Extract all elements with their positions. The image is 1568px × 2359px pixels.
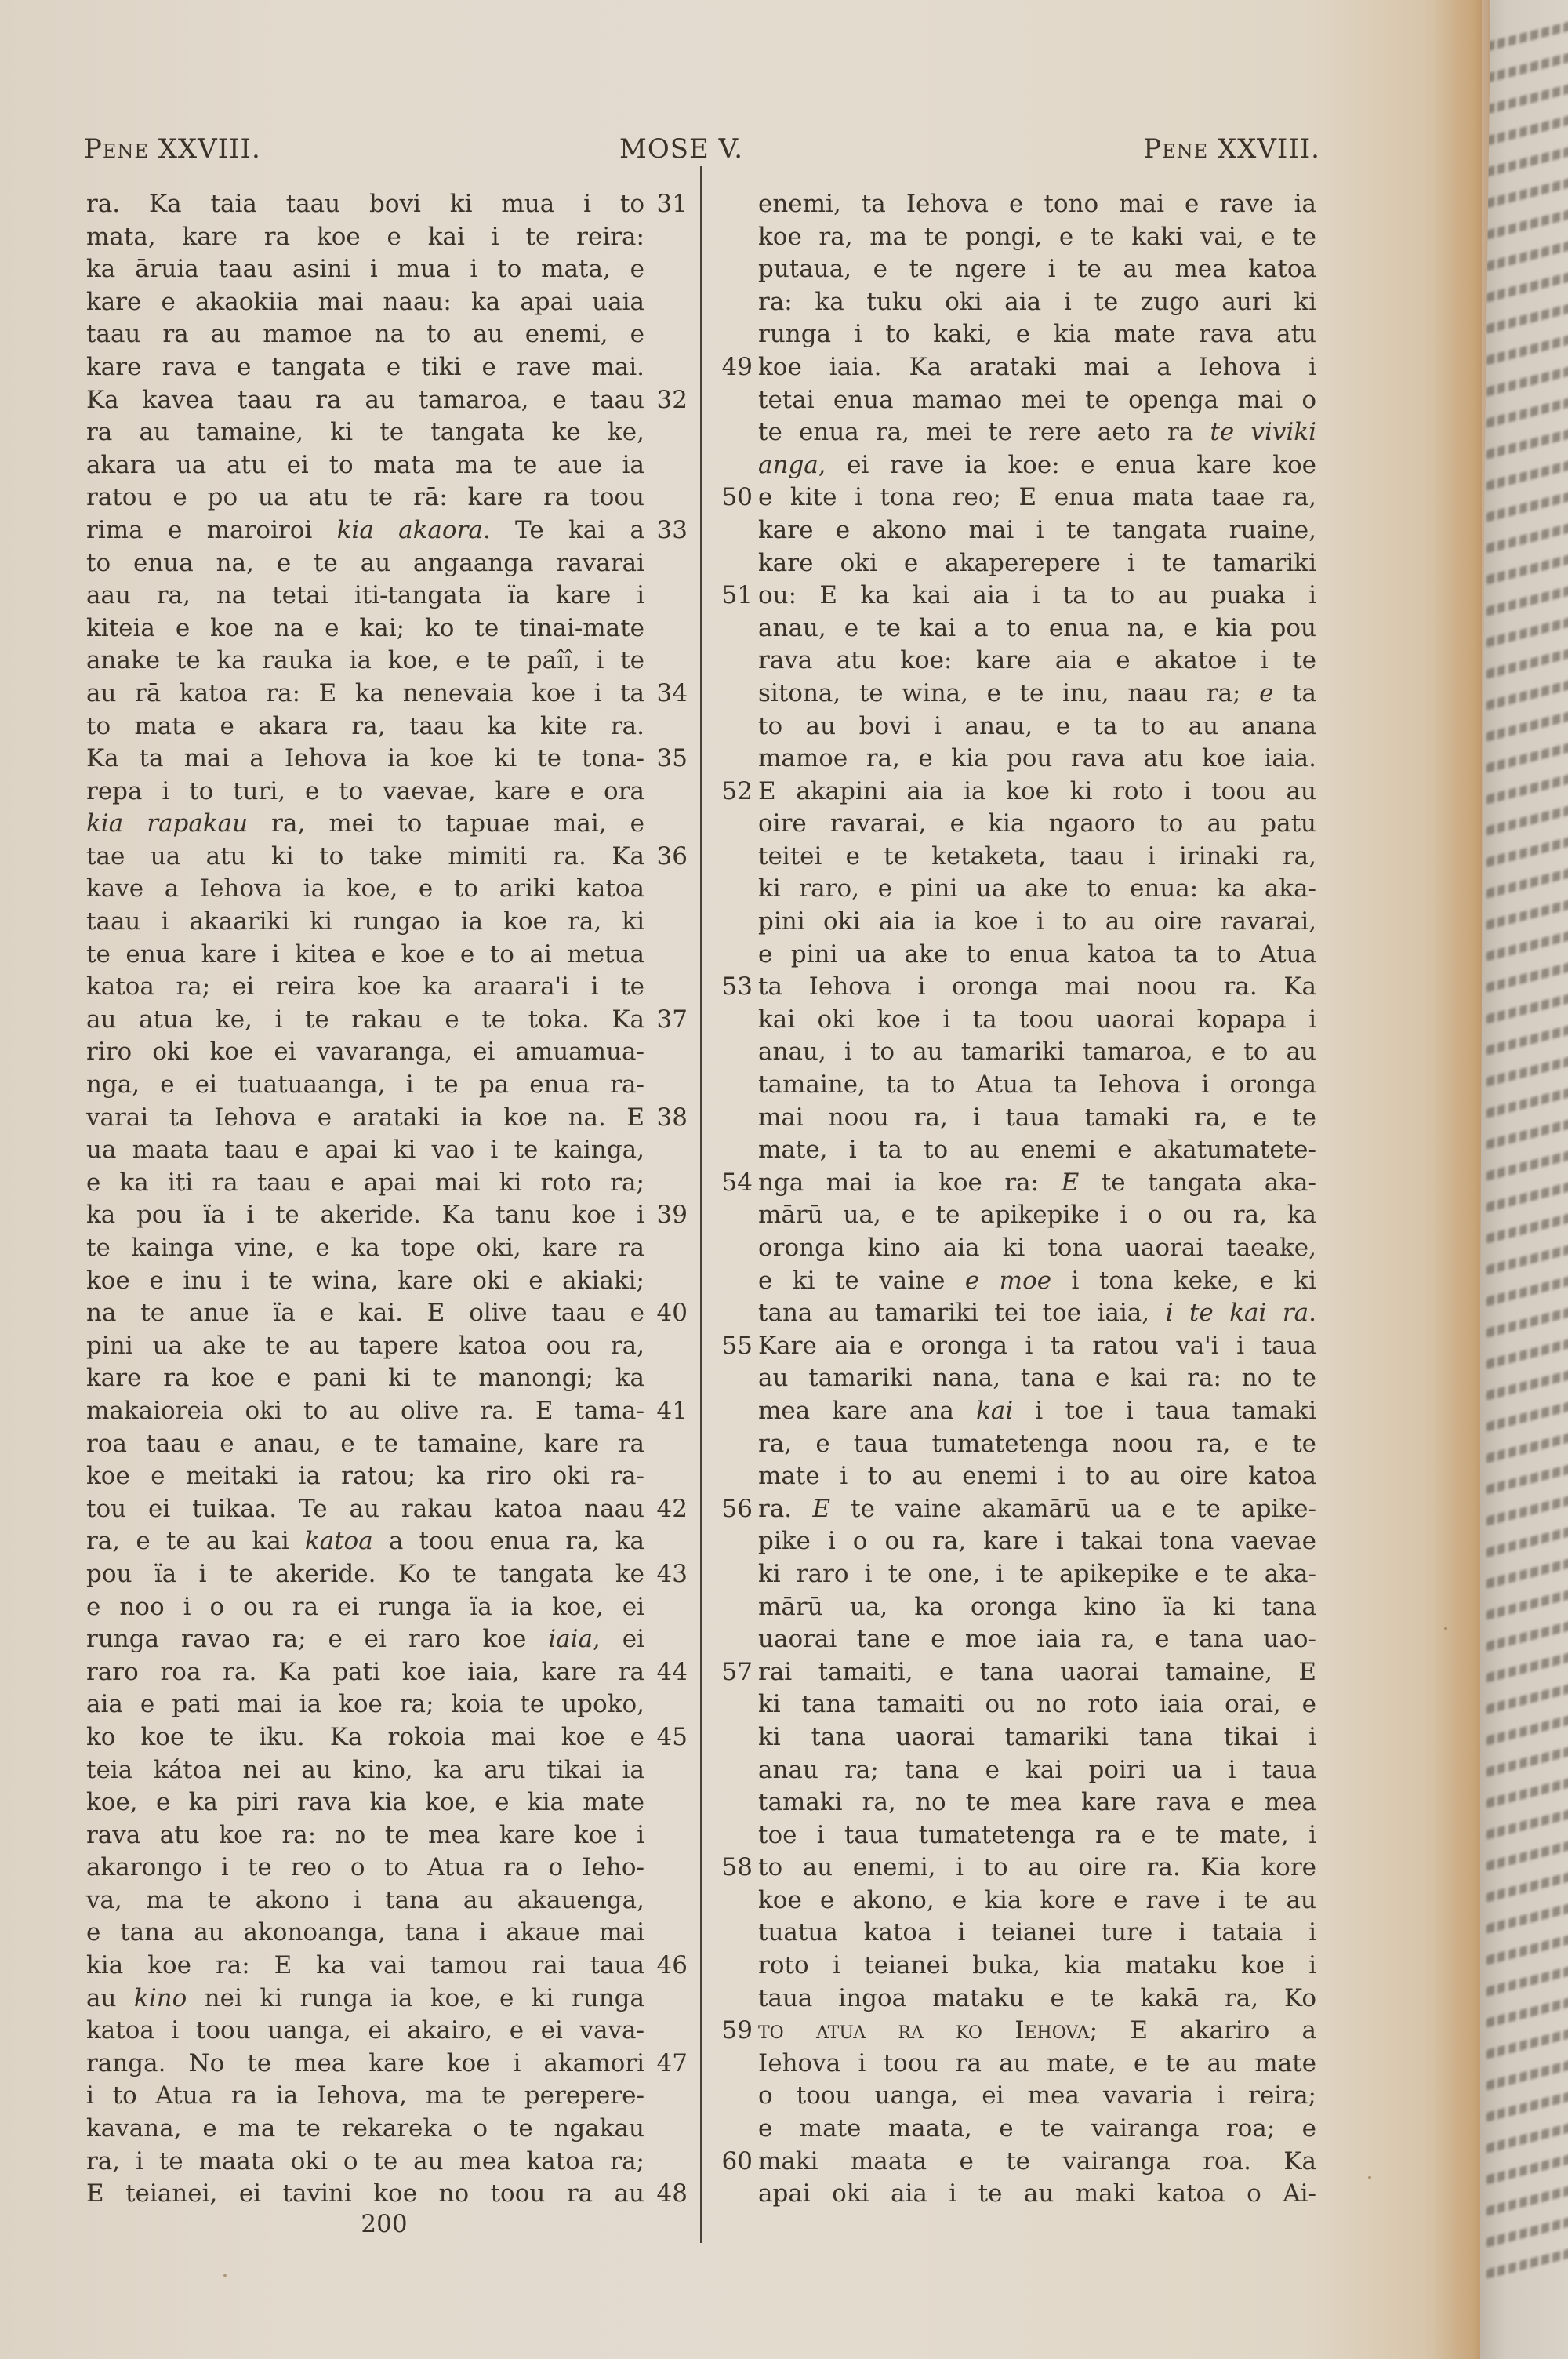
line-text: putaua, e te ngere i te au mea katoa [758, 253, 1316, 286]
verse-number: 34 [652, 678, 688, 711]
blurred-line [1486, 1307, 1568, 1337]
line-text: roto i teianei buka, kia mataku koe i [758, 1950, 1316, 1983]
text-line: teitei e te ketaketa, taau i irinaki ra, [710, 841, 1321, 874]
blurred-line [1486, 2154, 1568, 2184]
column-divider [700, 166, 702, 2243]
line-text: aau ra, na tetai iti-tangata ïa kare i [86, 580, 644, 612]
blurred-line [1486, 1808, 1568, 1839]
line-text: te enua kare i kitea e koe e to ai metua [86, 939, 644, 972]
line-text: mate i to au enemi i to au oire katoa [758, 1460, 1316, 1493]
text-line: 53ta Iehova i oronga mai noou ra. Ka [710, 971, 1321, 1004]
line-text: runga i to kaki, e kia mate rava atu [758, 318, 1316, 351]
verse-number: 32 [652, 384, 688, 417]
text-line: pike i o ou ra, kare i takai tona vaevae [710, 1525, 1321, 1558]
text-line: taau i akaariki ki rungao ia koe ra, ki [86, 906, 682, 939]
line-text: akara ua atu ei to mata ma te aue ia [86, 449, 644, 482]
blurred-line [1486, 365, 1568, 396]
line-text: E akapini aia ia koe ki roto i toou au [758, 776, 1316, 809]
verse-number: 46 [652, 1950, 688, 1983]
blurred-line [1486, 930, 1568, 961]
text-line: kare e akaokiia mai naau: ka apai uaia [86, 286, 682, 319]
book-title: MOSE V. [619, 133, 743, 165]
line-text: sitona, te wina, e te inu, naau ra; e ta [758, 678, 1316, 711]
blurred-line [1486, 2028, 1568, 2059]
text-line: rava atu koe ra: no te mea kare koe i [86, 1819, 682, 1852]
line-text: ra, e taua tumatetenga noou ra, e te [758, 1428, 1316, 1461]
line-text: anau, i to au tamariki tamaroa, e to au [758, 1036, 1316, 1069]
line-text: tae ua atu ki to take mimiti ra. Ka [86, 841, 644, 874]
blurred-line [1486, 2216, 1568, 2247]
blurred-line [1486, 1401, 1568, 1431]
verse-number: 56 [710, 1493, 753, 1526]
text-line: oronga kino aia ki tona uaorai taeake, [710, 1232, 1321, 1265]
text-line: tamaine, ta to Atua ta Iehova i oronga [710, 1069, 1321, 1102]
line-text: oronga kino aia ki tona uaorai taeake, [758, 1232, 1316, 1265]
text-line: nga, e ei tuatuaanga, i te pa enua ra- [86, 1069, 682, 1102]
text-line: 59to atua ra ko Iehova; E akariro a [710, 2015, 1321, 2048]
text-line: 50e kite i tona reo; E enua mata taae ra… [710, 482, 1321, 514]
text-line: aia e pati mai ia koe ra; koia te upoko, [86, 1688, 682, 1721]
line-text: to au bovi i anau, e ta to au anana [758, 711, 1316, 743]
line-text: pike i o ou ra, kare i takai tona vaevae [758, 1525, 1316, 1558]
verse-number: 50 [710, 482, 753, 514]
blurred-line [1486, 1746, 1568, 1776]
text-line: aau ra, na tetai iti-tangata ïa kare i [86, 580, 682, 612]
text-line: koe, e ka piri rava kia koe, e kia mate [86, 1787, 682, 1819]
line-text: mate, i ta to au enemi e akatumatete- [758, 1134, 1316, 1167]
line-text: mārū ua, ka oronga kino ïa ki tana [758, 1591, 1316, 1624]
text-line: anau ra; tana e kai poiri ua i taua [710, 1754, 1321, 1787]
verse-number: 35 [652, 743, 688, 776]
text-line: kave a Iehova ia koe, e to ariki katoa [86, 873, 682, 906]
text-line: ki raro, e pini ua ake to enua: ka aka- [710, 873, 1321, 906]
text-line: riro oki koe ei vavaranga, ei amuamua- [86, 1036, 682, 1069]
text-line: 51ou: E ka kai aia i ta to au puaka i [710, 580, 1321, 612]
verse-number: 41 [652, 1395, 688, 1428]
text-line: tae ua atu ki to take mimiti ra. Ka36 [86, 841, 682, 874]
text-line: tou ei tuikaa. Te au rakau katoa naau42 [86, 1493, 682, 1526]
blurred-line [1486, 1244, 1568, 1274]
blurred-line [1486, 491, 1568, 522]
line-text: taau ra au mamoe na to au enemi, e [86, 318, 644, 351]
line-text: tamaine, ta to Atua ta Iehova i oronga [758, 1069, 1316, 1102]
verse-number: 39 [652, 1199, 688, 1232]
line-text: tou ei tuikaa. Te au rakau katoa naau [86, 1493, 644, 1526]
line-text: pini ua ake te au tapere katoa oou ra, [86, 1330, 644, 1363]
blurred-line [1486, 1087, 1568, 1118]
line-text: Ka kavea taau ra au tamaroa, e taau [86, 384, 644, 417]
text-line: apai oki aia i te au maki katoa o Ai- [710, 2178, 1321, 2211]
paper-speck [1368, 2176, 1371, 2179]
line-text: mea kare ana kai i toe i taua tamaki [758, 1395, 1316, 1428]
verse-number: 37 [652, 1004, 688, 1037]
blurred-line [1486, 1965, 1568, 1996]
blurred-line [1486, 961, 1568, 992]
verse-number: 44 [652, 1656, 688, 1689]
line-text: anake te ka rauka ia koe, e te paîî, i t… [86, 645, 644, 678]
line-text: to enua na, e te au angaanga ravarai [86, 547, 644, 580]
blurred-line [1486, 1840, 1568, 1870]
line-text: koe e inu i te wina, kare oki e akiaki; [86, 1265, 644, 1298]
verse-number: 53 [710, 971, 753, 1004]
line-text: ratou e po ua atu te rā: kare ra toou [86, 482, 644, 514]
text-line: au atua ke, i te rakau e te toka. Ka37 [86, 1004, 682, 1037]
text-line: ka pou ïa i te akeride. Ka tanu koe i39 [86, 1199, 682, 1232]
line-text: au kino nei ki runga ia koe, e ki runga [86, 1983, 644, 2016]
text-line: ra, i te maata oki o te au mea katoa ra; [86, 2146, 682, 2179]
blurred-line [1486, 1118, 1568, 1149]
text-line: rima e maroiroi kia akaora. Te kai a33 [86, 514, 682, 547]
text-line: au kino nei ki runga ia koe, e ki runga [86, 1983, 682, 2016]
line-text: to mata e akara ra, taau ka kite ra. [86, 711, 644, 743]
running-head-right: Pene XXVIII. [1113, 133, 1320, 165]
line-text: Kare aia e oronga i ta ratou va'i i taua [758, 1330, 1316, 1363]
text-line: tamaki ra, no te mea kare rava e mea [710, 1787, 1321, 1819]
text-line: taua ingoa mataku e te kakā ra, Ko [710, 1983, 1321, 2016]
line-text: tuatua katoa i teianei ture i tataia i [758, 1917, 1316, 1950]
text-line: kare e akono mai i te tangata ruaine, [710, 514, 1321, 547]
blurred-line [1486, 648, 1568, 678]
text-line: te enua kare i kitea e koe e to ai metua [86, 939, 682, 972]
line-text: anau, e te kai a to enua na, e kia pou [758, 612, 1316, 645]
blurred-line [1486, 1024, 1568, 1055]
blurred-line [1486, 1558, 1568, 1588]
line-text: koe iaia. Ka arataki mai a Iehova i [758, 351, 1316, 384]
line-text: au rā katoa ra: E ka nenevaia koe i ta [86, 678, 644, 711]
text-line: anau, e te kai a to enua na, e kia pou [710, 612, 1321, 645]
text-line: 52E akapini aia ia koe ki roto i toou au [710, 776, 1321, 809]
line-text: e mate maata, e te vairanga roa; e [758, 2113, 1316, 2146]
text-line: roto i teianei buka, kia mataku koe i [710, 1950, 1321, 1983]
text-line: anake te ka rauka ia koe, e te paîî, i t… [86, 645, 682, 678]
line-text: ra, i te maata oki o te au mea katoa ra; [86, 2146, 644, 2179]
blurred-line [1486, 522, 1568, 553]
line-text: to au enemi, i to au oire ra. Kia kore [758, 1852, 1316, 1885]
line-text: ua maata taau e apai ki vao i te kainga, [86, 1134, 644, 1167]
text-line: e ka iti ra taau e apai mai ki roto ra; [86, 1167, 682, 1200]
line-text: pini oki aia ia koe i to au oire ravarai… [758, 906, 1316, 939]
text-line: toe i taua tumatetenga ra e te mate, i [710, 1819, 1321, 1852]
chapter-label-left: Pene XXVIII. [84, 133, 261, 165]
line-text: katoa ra; ei reira koe ka araara'i i te [86, 971, 644, 1004]
line-text: o toou uanga, ei mea vavaria i reira; [758, 2080, 1316, 2113]
line-text: repa i to turi, e to vaevae, kare e ora [86, 776, 644, 809]
verse-number: 57 [710, 1656, 753, 1689]
text-line: ua maata taau e apai ki vao i te kainga, [86, 1134, 682, 1167]
text-line: repa i to turi, e to vaevae, kare e ora [86, 776, 682, 809]
line-text: nga, e ei tuatuaanga, i te pa enua ra- [86, 1069, 644, 1102]
blurred-line [1486, 993, 1568, 1023]
blurred-line [1486, 1683, 1568, 1714]
text-line: kiteia e koe na e kai; ko te tinai-mate [86, 612, 682, 645]
text-line: e noo i o ou ra ei runga ïa ia koe, ei [86, 1591, 682, 1624]
text-line: mea kare ana kai i toe i taua tamaki [710, 1395, 1321, 1428]
line-text: ra. E te vaine akamārū ua e te apike- [758, 1493, 1316, 1526]
blurred-line [1486, 2091, 1568, 2121]
line-text: kavana, e ma te rekareka o te ngakau [86, 2113, 644, 2146]
blurred-line [1486, 867, 1568, 898]
text-line: mamoe ra, e kia pou rava atu koe iaia. [710, 743, 1321, 776]
text-line: Ka ta mai a Iehova ia koe ki te tona-35 [86, 743, 682, 776]
text-line: sitona, te wina, e te inu, naau ra; e ta [710, 678, 1321, 711]
line-text: te enua ra, mei te rere aeto ra te vivik… [758, 416, 1316, 449]
text-line: to mata e akara ra, taau ka kite ra. [86, 711, 682, 743]
line-text: au atua ke, i te rakau e te toka. Ka [86, 1004, 644, 1037]
verse-number: 52 [710, 776, 753, 809]
text-line: 49koe iaia. Ka arataki mai a Iehova i [710, 351, 1321, 384]
line-text: raro roa ra. Ka pati koe iaia, kare ra [86, 1656, 644, 1689]
left-column: ra. Ka taia taau bovi ki mua i to31mata,… [86, 188, 682, 2211]
text-line: to enua na, e te au angaanga ravarai [86, 547, 682, 580]
blurred-line [1486, 1714, 1568, 1745]
text-line: mate, i ta to au enemi e akatumatete- [710, 1134, 1321, 1167]
text-line: pou ïa i te akeride. Ko te tangata ke43 [86, 1558, 682, 1591]
line-text: oire ravarai, e kia ngaoro to au patu [758, 808, 1316, 841]
blurred-line [1486, 711, 1568, 741]
line-text: mai noou ra, i taua tamaki ra, e te [758, 1102, 1316, 1135]
line-text: uaorai tane e moe iaia ra, e tana uao- [758, 1623, 1316, 1656]
blurred-line [1486, 1589, 1568, 1619]
verse-number: 42 [652, 1493, 688, 1526]
blurred-line [1486, 146, 1568, 176]
next-page-blurred-text [1486, 31, 1568, 2290]
blurred-line [1486, 836, 1568, 867]
text-line: koe ra, ma te pongi, e te kaki vai, e te [710, 221, 1321, 254]
line-text: kia koe ra: E ka vai tamou rai taua [86, 1950, 644, 1983]
text-line: uaorai tane e moe iaia ra, e tana uao- [710, 1623, 1321, 1656]
line-text: kare rava e tangata e tiki e rave mai. [86, 351, 644, 384]
text-line: va, ma te akono i tana au akauenga, [86, 1885, 682, 1917]
verse-number: 48 [652, 2178, 688, 2211]
line-text: runga ravao ra; e ei raro koe iaia, ei [86, 1623, 644, 1656]
line-text: ra, e te au kai katoa a toou enua ra, ka [86, 1525, 644, 1558]
text-line: koe e inu i te wina, kare oki e akiaki; [86, 1265, 682, 1298]
blurred-line [1486, 899, 1568, 929]
text-line: 60maki maata e te vairanga roa. Ka [710, 2146, 1321, 2179]
line-text: to atua ra ko Iehova; E akariro a [758, 2015, 1316, 2048]
line-text: riro oki koe ei vavaranga, ei amuamua- [86, 1036, 644, 1069]
blurred-line [1486, 1934, 1568, 1965]
text-line: 55Kare aia e oronga i ta ratou va'i i ta… [710, 1330, 1321, 1363]
running-head-left: Pene XXVIII. [84, 133, 261, 165]
text-line: mai noou ra, i taua tamaki ra, e te [710, 1102, 1321, 1135]
blurred-line [1486, 209, 1568, 239]
line-text: taua ingoa mataku e te kakā ra, Ko [758, 1983, 1316, 2016]
text-line: 54nga mai ia koe ra: E te tangata aka- [710, 1167, 1321, 1200]
line-text: ou: E ka kai aia i ta to au puaka i [758, 580, 1316, 612]
text-line: kare oki e akaperepere i te tamariki [710, 547, 1321, 580]
blurred-line [1486, 52, 1568, 82]
line-text: akarongo i te reo o to Atua ra o Ieho- [86, 1852, 644, 1885]
text-line: akarongo i te reo o to Atua ra o Ieho- [86, 1852, 682, 1885]
blurred-line [1486, 1997, 1568, 2027]
text-line: ki raro i te one, i te apikepike e te ak… [710, 1558, 1321, 1591]
line-text: ki tana tamaiti ou no roto iaia orai, e [758, 1688, 1316, 1721]
line-text: ranga. No te mea kare koe i akamori [86, 2048, 644, 2081]
line-text: kare e akaokiia mai naau: ka apai uaia [86, 286, 644, 319]
line-text: tamaki ra, no te mea kare rava e mea [758, 1787, 1316, 1819]
blurred-line [1486, 805, 1568, 835]
verse-number: 55 [710, 1330, 753, 1363]
line-text: na te anue ïa e kai. E olive taau e [86, 1297, 644, 1330]
line-text: tetai enua mamao mei te openga mai o [758, 384, 1316, 417]
text-line: o toou uanga, ei mea vavaria i reira; [710, 2080, 1321, 2113]
text-line: pini ua ake te au tapere katoa oou ra, [86, 1330, 682, 1363]
text-line: 57rai tamaiti, e tana uaorai tamaine, E [710, 1656, 1321, 1689]
line-text: anga, ei rave ia koe: e enua kare koe [758, 449, 1316, 482]
text-line: varai ta Iehova e arataki ia koe na. E38 [86, 1102, 682, 1135]
line-text: kia rapakau ra, mei to tapuae mai, e [86, 808, 644, 841]
right-column: enemi, ta Iehova e tono mai e rave iakoe… [710, 188, 1321, 2211]
blurred-line [1486, 2122, 1568, 2153]
text-line: i to Atua ra ia Iehova, ma te perepere- [86, 2080, 682, 2113]
line-text: nga mai ia koe ra: E te tangata aka- [758, 1167, 1316, 1200]
text-line: te kainga vine, e ka tope oki, kare ra [86, 1232, 682, 1265]
blurred-line [1486, 1432, 1568, 1463]
text-line: kia koe ra: E ka vai tamou rai taua46 [86, 1950, 682, 1983]
blurred-line [1486, 1652, 1568, 1682]
text-line: koe e akono, e kia kore e rave i te au [710, 1885, 1321, 1917]
line-text: kave a Iehova ia koe, e to ariki katoa [86, 873, 644, 906]
line-text: e noo i o ou ra ei runga ïa ia koe, ei [86, 1591, 644, 1624]
text-line: kai oki koe i ta toou uaorai kopapa i [710, 1004, 1321, 1037]
blurred-line [1486, 397, 1568, 427]
line-text: koe e akono, e kia kore e rave i te au [758, 1885, 1316, 1917]
line-text: roa taau e anau, e te tamaine, kare ra [86, 1428, 644, 1461]
line-text: e tana au akonoanga, tana i akaue mai [86, 1917, 644, 1950]
running-head-center: MOSE V. [619, 133, 743, 165]
text-line: mārū ua, e te apikepike i o ou ra, ka [710, 1199, 1321, 1232]
text-line: raro roa ra. Ka pati koe iaia, kare ra44 [86, 1656, 682, 1689]
line-text: pou ïa i te akeride. Ko te tangata ke [86, 1558, 644, 1591]
line-text: ra. Ka taia taau bovi ki mua i to [86, 188, 644, 221]
blurred-line [1486, 1181, 1568, 1212]
text-line: anga, ei rave ia koe: e enua kare koe [710, 449, 1321, 482]
line-text: ki raro, e pini ua ake to enua: ka aka- [758, 873, 1316, 906]
text-line: ra, e taua tumatetenga noou ra, e te [710, 1428, 1321, 1461]
line-text: kare ra koe e pani ki te manongi; ka [86, 1362, 644, 1395]
text-line: ra, e te au kai katoa a toou enua ra, ka [86, 1525, 682, 1558]
text-line: taau ra au mamoe na to au enemi, e [86, 318, 682, 351]
line-text: ko koe te iku. Ka rokoia mai koe e [86, 1721, 644, 1754]
text-line: anau, i to au tamariki tamaroa, e to au [710, 1036, 1321, 1069]
line-text: ka pou ïa i te akeride. Ka tanu koe i [86, 1199, 644, 1232]
text-line: kare ra koe e pani ki te manongi; ka [86, 1362, 682, 1395]
verse-number: 38 [652, 1102, 688, 1135]
line-text: rava atu koe ra: no te mea kare koe i [86, 1819, 644, 1852]
text-line: mata, kare ra koe e kai i te reira: [86, 221, 682, 254]
line-text: anau ra; tana e kai poiri ua i taua [758, 1754, 1316, 1787]
line-text: aia e pati mai ia koe ra; koia te upoko, [86, 1688, 644, 1721]
text-line: ki tana uaorai tamariki tana tikai i [710, 1721, 1321, 1754]
blurred-line [1486, 679, 1568, 710]
line-text: enemi, ta Iehova e tono mai e rave ia [758, 188, 1316, 221]
line-text: maki maata e te vairanga roa. Ka [758, 2146, 1316, 2179]
text-line: roa taau e anau, e te tamaine, kare ra [86, 1428, 682, 1461]
blurred-line [1486, 742, 1568, 772]
text-line: Ka kavea taau ra au tamaroa, e taau32 [86, 384, 682, 417]
line-text: ki tana uaorai tamariki tana tikai i [758, 1721, 1316, 1754]
text-line: 56ra. E te vaine akamārū ua e te apike- [710, 1493, 1321, 1526]
blurred-line [1486, 2059, 1568, 2090]
line-text: rima e maroiroi kia akaora. Te kai a [86, 514, 644, 547]
blurred-line [1486, 616, 1568, 647]
verse-number: 51 [710, 580, 753, 612]
verse-number: 60 [710, 2146, 753, 2179]
text-line: Iehova i toou ra au mate, e te au mate [710, 2048, 1321, 2081]
verse-number: 36 [652, 841, 688, 874]
blurred-line [1486, 303, 1568, 333]
line-text: rai tamaiti, e tana uaorai tamaine, E [758, 1656, 1316, 1689]
line-text: E teianei, ei tavini koe no toou ra au [86, 2178, 644, 2211]
page-number: 200 [345, 2210, 423, 2238]
text-line: te enua ra, mei te rere aeto ra te vivik… [710, 416, 1321, 449]
line-text: mata, kare ra koe e kai i te reira: [86, 221, 644, 254]
blurred-line [1486, 773, 1568, 804]
line-text: koe, e ka piri rava kia koe, e kia mate [86, 1787, 644, 1819]
blurred-line [1486, 1150, 1568, 1180]
text-line: runga i to kaki, e kia mate rava atu [710, 318, 1321, 351]
text-line: ra. Ka taia taau bovi ki mua i to31 [86, 188, 682, 221]
blurred-line [1486, 1463, 1568, 1494]
line-text: te kainga vine, e ka tope oki, kare ra [86, 1232, 644, 1265]
text-line: na te anue ïa e kai. E olive taau e40 [86, 1297, 682, 1330]
blurred-line [1486, 1338, 1568, 1369]
line-text: ra au tamaine, ki te tangata ke ke, [86, 416, 644, 449]
text-line: kia rapakau ra, mei to tapuae mai, e [86, 808, 682, 841]
line-text: e pini ua ake to enua katoa ta to Atua [758, 939, 1316, 972]
text-line: ratou e po ua atu te rā: kare ra toou [86, 482, 682, 514]
text-line: au tamariki nana, tana e kai ra: no te [710, 1362, 1321, 1395]
text-line: mārū ua, ka oronga kino ïa ki tana [710, 1591, 1321, 1624]
line-text: katoa i toou uanga, ei akairo, e ei vava… [86, 2015, 644, 2048]
verse-number: 47 [652, 2048, 688, 2081]
line-text: tana au tamariki tei toe iaia, i te kai … [758, 1297, 1316, 1330]
blurred-line [1486, 460, 1568, 490]
line-text: au tamariki nana, tana e kai ra: no te [758, 1362, 1316, 1395]
verse-number: 45 [652, 1721, 688, 1754]
blurred-line [1486, 1777, 1568, 1808]
text-line: 58to au enemi, i to au oire ra. Kia kore [710, 1852, 1321, 1885]
line-text: Iehova i toou ra au mate, e te au mate [758, 2048, 1316, 2081]
text-line: putaua, e te ngere i te au mea katoa [710, 253, 1321, 286]
blurred-line [1486, 1369, 1568, 1400]
verse-number: 43 [652, 1558, 688, 1591]
line-text: rava atu koe: kare aia e akatoe i te [758, 645, 1316, 678]
text-line: E teianei, ei tavini koe no toou ra au48 [86, 2178, 682, 2211]
blurred-line [1486, 83, 1568, 114]
text-line: kare rava e tangata e tiki e rave mai. [86, 351, 682, 384]
blurred-line [1486, 2185, 1568, 2215]
blurred-line [1486, 114, 1568, 145]
blurred-line [1486, 1495, 1568, 1525]
text-line: to au bovi i anau, e ta to au anana [710, 711, 1321, 743]
text-line: runga ravao ra; e ei raro koe iaia, ei [86, 1623, 682, 1656]
next-page-curl [1480, 0, 1568, 2359]
blurred-line [1486, 1526, 1568, 1557]
verse-number: 33 [652, 514, 688, 547]
line-text: teitei e te ketaketa, taau i irinaki ra, [758, 841, 1316, 874]
blurred-line [1486, 554, 1568, 584]
text-line: ra: ka tuku oki aia i te zugo auri ki [710, 286, 1321, 319]
text-line: akara ua atu ei to mata ma te aue ia [86, 449, 682, 482]
text-line: katoa i toou uanga, ei akairo, e ei vava… [86, 2015, 682, 2048]
blurred-line [1486, 1212, 1568, 1243]
text-line: ko koe te iku. Ka rokoia mai koe e45 [86, 1721, 682, 1754]
text-line: koe e meitaki ia ratou; ka riro oki ra- [86, 1460, 682, 1493]
paper-speck [223, 2274, 227, 2277]
line-text: teia kátoa nei au kino, ka aru tikai ia [86, 1754, 644, 1787]
